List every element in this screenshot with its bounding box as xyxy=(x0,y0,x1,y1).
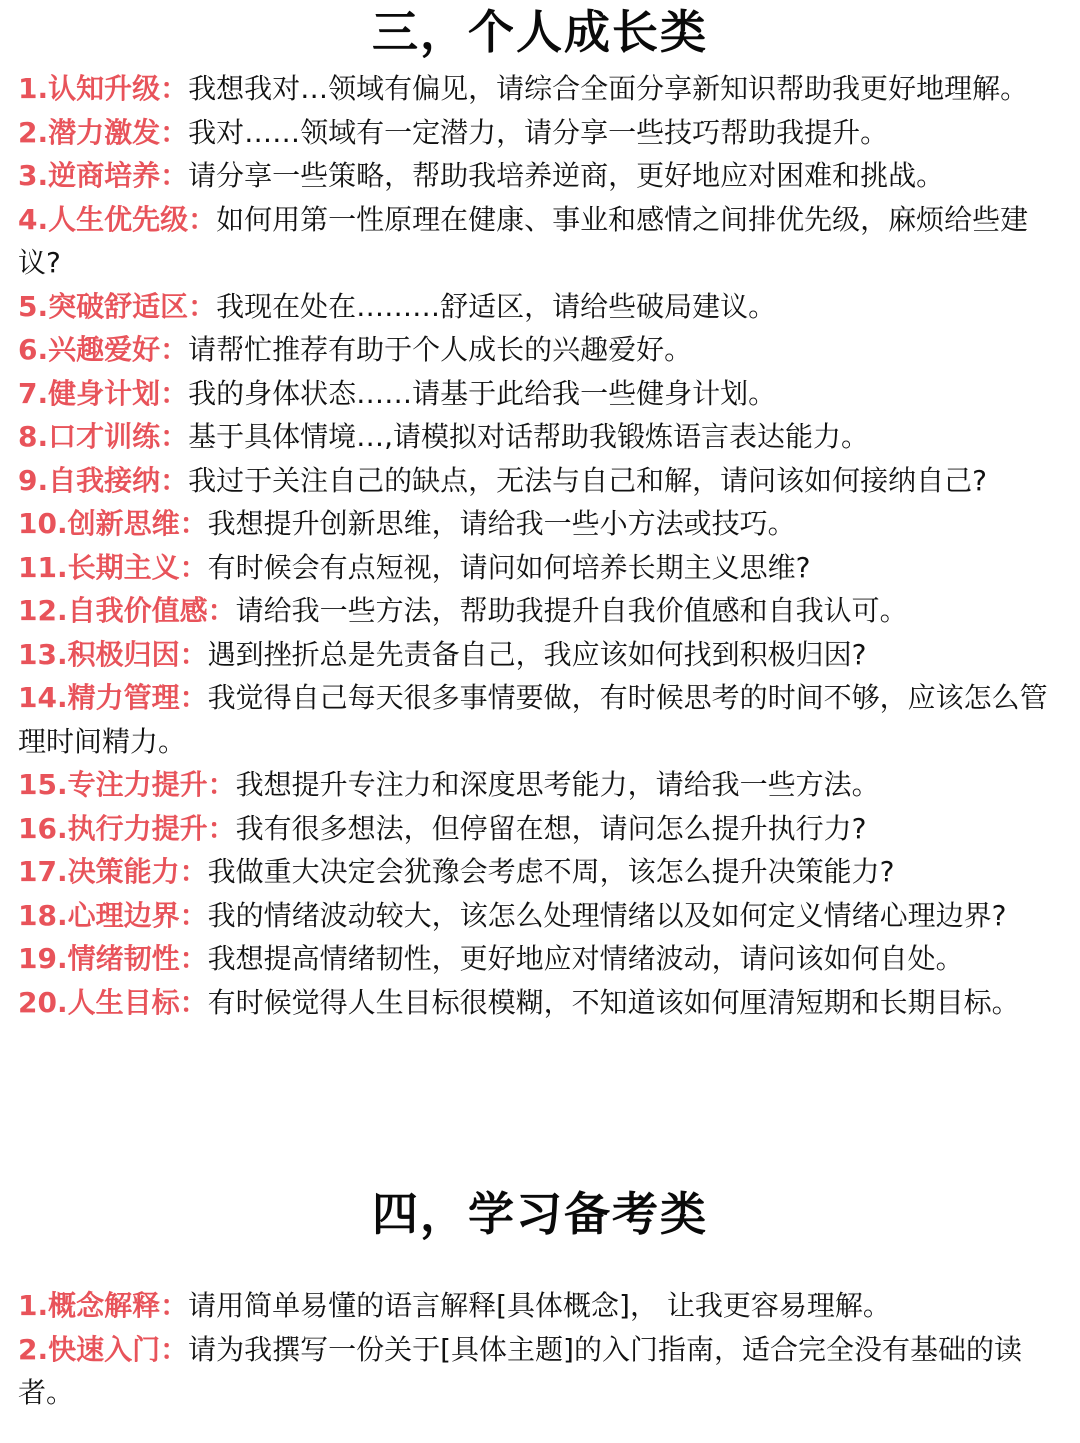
item-label: 6.兴趣爱好： xyxy=(18,333,188,366)
list-item: 1.认知升级：我想我对…领域有偏见，请综合全面分享新知识帮助我更好地理解。 xyxy=(18,67,1064,111)
item-label: 19.情绪韧性： xyxy=(18,942,208,975)
item-label: 1.认知升级： xyxy=(18,72,188,105)
list-item: 3.逆商培养：请分享一些策略，帮助我培养逆商，更好地应对困难和挑战。 xyxy=(18,154,1064,198)
list-item: 12.自我价值感：请给我一些方法，帮助我提升自我价值感和自我认可。 xyxy=(18,589,1064,633)
list-item: 8.口才训练：基于具体情境…,请模拟对话帮助我锻炼语言表达能力。 xyxy=(18,415,1064,459)
list-item: 15.专注力提升：我想提升专注力和深度思考能力，请给我一些方法。 xyxy=(18,763,1064,807)
item-label: 17.决策能力： xyxy=(18,855,208,888)
item-text: 我过于关注自己的缺点，无法与自己和解，请问该如何接纳自己? xyxy=(188,464,987,497)
list-item: 6.兴趣爱好：请帮忙推荐有助于个人成长的兴趣爱好。 xyxy=(18,328,1064,372)
item-text: 有时候觉得人生目标很模糊，不知道该如何厘清短期和长期目标。 xyxy=(208,986,1020,1019)
list-item: 20.人生目标：有时候觉得人生目标很模糊，不知道该如何厘清短期和长期目标。 xyxy=(18,981,1064,1025)
item-label: 18.心理边界： xyxy=(18,899,208,932)
item-label: 12.自我价值感： xyxy=(18,594,236,627)
list-item: 9.自我接纳：我过于关注自己的缺点，无法与自己和解，请问该如何接纳自己? xyxy=(18,459,1064,503)
item-label: 1.概念解释： xyxy=(18,1289,188,1322)
item-text: 基于具体情境…,请模拟对话帮助我锻炼语言表达能力。 xyxy=(188,420,869,453)
prompt-list-personal-growth: 1.认知升级：我想我对…领域有偏见，请综合全面分享新知识帮助我更好地理解。 2.… xyxy=(18,67,1064,1024)
item-text: 请分享一些策略，帮助我培养逆商，更好地应对困难和挑战。 xyxy=(188,159,944,192)
item-text: 请给我一些方法，帮助我提升自我价值感和自我认可。 xyxy=(236,594,908,627)
item-text: 我的身体状态……请基于此给我一些健身计划。 xyxy=(188,377,776,410)
item-label: 16.执行力提升： xyxy=(18,812,236,845)
item-label: 9.自我接纳： xyxy=(18,464,188,497)
item-label: 2.快速入门： xyxy=(18,1333,188,1366)
item-text: 我想我对…领域有偏见，请综合全面分享新知识帮助我更好地理解。 xyxy=(188,72,1028,105)
item-label: 2.潜力激发： xyxy=(18,116,188,149)
item-text: 我想提升专注力和深度思考能力，请给我一些方法。 xyxy=(236,768,880,801)
item-label: 3.逆商培养： xyxy=(18,159,188,192)
item-label: 4.人生优先级： xyxy=(18,203,216,236)
item-text: 我现在处在………舒适区，请给些破局建议。 xyxy=(216,290,776,323)
item-label: 5.突破舒适区： xyxy=(18,290,216,323)
item-text: 我对……领域有一定潜力，请分享一些技巧帮助我提升。 xyxy=(188,116,888,149)
item-label: 14.精力管理： xyxy=(18,681,208,714)
list-item: 19.情绪韧性：我想提高情绪韧性，更好地应对情绪波动，请问该如何自处。 xyxy=(18,937,1064,981)
list-item: 17.决策能力：我做重大决定会犹豫会考虑不周，该怎么提升决策能力? xyxy=(18,850,1064,894)
list-item: 18.心理边界：我的情绪波动较大，该怎么处理情绪以及如何定义情绪心理边界? xyxy=(18,894,1064,938)
item-label: 15.专注力提升： xyxy=(18,768,236,801)
item-label: 10.创新思维： xyxy=(18,507,208,540)
list-item: 7.健身计划：我的身体状态……请基于此给我一些健身计划。 xyxy=(18,372,1064,416)
item-text: 我的情绪波动较大，该怎么处理情绪以及如何定义情绪心理边界? xyxy=(208,899,1007,932)
list-item: 5.突破舒适区：我现在处在………舒适区，请给些破局建议。 xyxy=(18,285,1064,329)
item-text: 我想提升创新思维，请给我一些小方法或技巧。 xyxy=(208,507,796,540)
list-item: 16.执行力提升：我有很多想法，但停留在想，请问怎么提升执行力? xyxy=(18,807,1064,851)
list-item: 2.快速入门：请为我撰写一份关于[具体主题]的入门指南，适合完全没有基础的读者。 xyxy=(18,1328,1064,1415)
list-item: 1.概念解释：请用简单易懂的语言解释[具体概念]， 让我更容易理解。 xyxy=(18,1284,1064,1328)
list-item: 10.创新思维：我想提升创新思维，请给我一些小方法或技巧。 xyxy=(18,502,1064,546)
prompt-list-study-exam: 1.概念解释：请用简单易懂的语言解释[具体概念]， 让我更容易理解。 2.快速入… xyxy=(18,1284,1064,1415)
section-title-study-exam: 四，学习备考类 xyxy=(0,1184,1080,1244)
item-text: 请帮忙推荐有助于个人成长的兴趣爱好。 xyxy=(188,333,692,366)
item-text: 我有很多想法，但停留在想，请问怎么提升执行力? xyxy=(236,812,867,845)
item-text: 我做重大决定会犹豫会考虑不周，该怎么提升决策能力? xyxy=(208,855,895,888)
item-label: 11.长期主义： xyxy=(18,551,208,584)
list-item: 14.精力管理：我觉得自己每天很多事情要做，有时候思考的时间不够，应该怎么管理时… xyxy=(18,676,1064,763)
list-item: 2.潜力激发：我对……领域有一定潜力，请分享一些技巧帮助我提升。 xyxy=(18,111,1064,155)
item-text: 我想提高情绪韧性，更好地应对情绪波动，请问该如何自处。 xyxy=(208,942,964,975)
item-text: 请用简单易懂的语言解释[具体概念]， 让我更容易理解。 xyxy=(188,1289,891,1322)
list-item: 13.积极归因：遇到挫折总是先责备自己，我应该如何找到积极归因? xyxy=(18,633,1064,677)
item-label: 8.口才训练： xyxy=(18,420,188,453)
item-text: 遇到挫折总是先责备自己，我应该如何找到积极归因? xyxy=(208,638,867,671)
item-text: 有时候会有点短视，请问如何培养长期主义思维? xyxy=(208,551,811,584)
item-label: 7.健身计划： xyxy=(18,377,188,410)
section-title-personal-growth: 三，个人成长类 xyxy=(0,2,1080,62)
list-item: 11.长期主义：有时候会有点短视，请问如何培养长期主义思维? xyxy=(18,546,1064,590)
item-label: 20.人生目标： xyxy=(18,986,208,1019)
list-item: 4.人生优先级：如何用第一性原理在健康、事业和感情之间排优先级，麻烦给些建议? xyxy=(18,198,1064,285)
item-label: 13.积极归因： xyxy=(18,638,208,671)
